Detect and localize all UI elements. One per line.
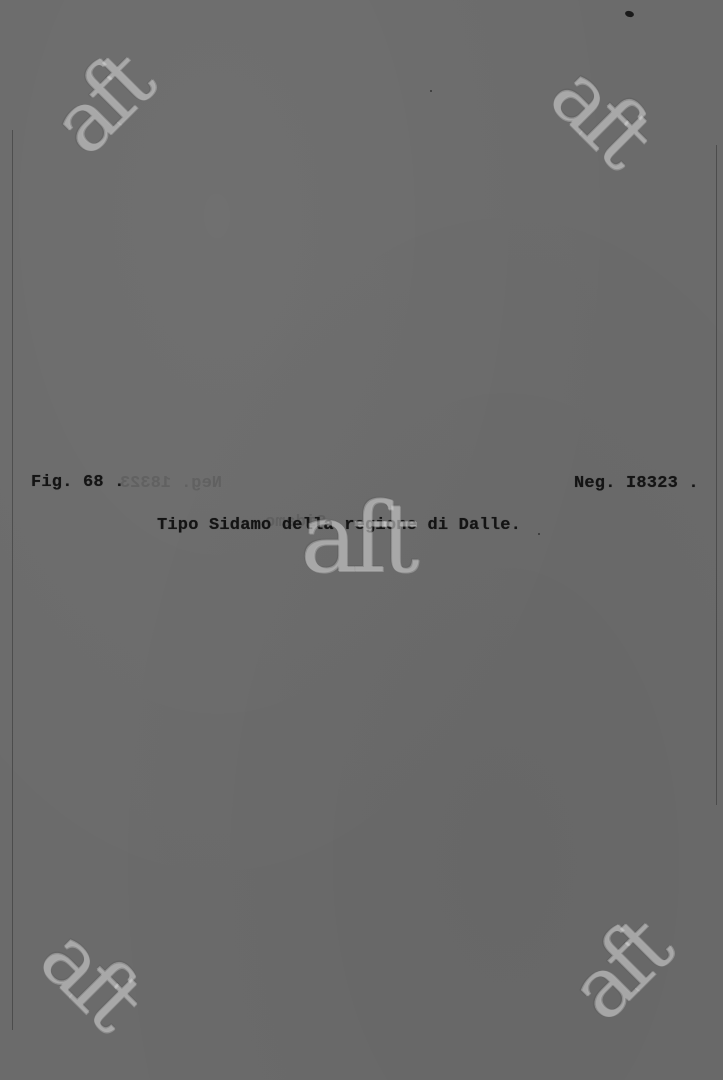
catalogue-card: Neg. 18323 Sidamo Fig. 68 . Neg. I8323 .… [0, 0, 723, 1080]
dust-speck [430, 90, 432, 92]
dust-speck [624, 10, 634, 18]
watermark-logo: aft [36, 40, 164, 168]
figure-number: Fig. 68 . [31, 473, 125, 492]
dust-speck [538, 533, 540, 535]
card-right-edge-line [716, 145, 717, 805]
negative-number: Neg. I8323 . [574, 474, 699, 493]
card-left-edge-line [12, 130, 13, 1030]
watermark-logo: aft [554, 906, 682, 1034]
watermark-logo: aft [536, 50, 664, 178]
show-through-text: Neg. 18323 [120, 474, 222, 493]
watermark-logo: aft [300, 490, 413, 586]
watermark-logo: aft [26, 913, 154, 1041]
caption: Tipo Sidamo della regione di Dalle. [157, 516, 521, 535]
